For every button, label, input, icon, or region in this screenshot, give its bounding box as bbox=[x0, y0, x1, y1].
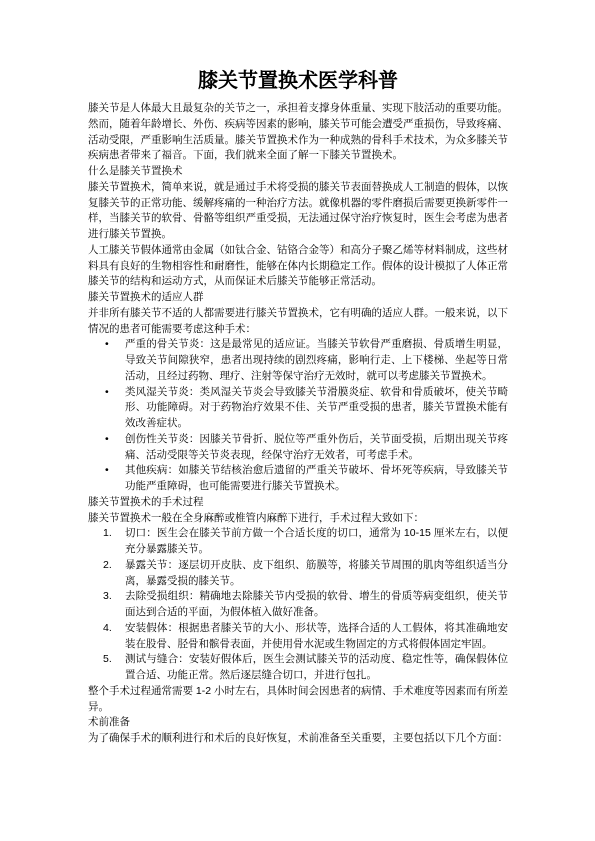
step-item-remove-tissue: 去除受损组织：精确地去除膝关节内受损的软骨、增生的骨质等病变组织，使关节面达到合… bbox=[88, 589, 508, 621]
paragraph: 膝关节置换术一般在全身麻醉或椎管内麻醉下进行，手术过程大致如下： bbox=[88, 511, 508, 527]
document-title: 膝关节置换术医学科普 bbox=[88, 68, 508, 94]
bullet-item-osteoarthritis: 严重的骨关节炎：这是最常见的适应证。当膝关节软骨严重磨损、骨质增生明显，导致关节… bbox=[88, 337, 508, 384]
section-heading-indications: 膝关节置换术的适应人群 bbox=[88, 290, 508, 306]
paragraph: 为了确保手术的顺利进行和术后的良好恢复，术前准备至关重要，主要包括以下几个方面： bbox=[88, 731, 508, 747]
paragraph: 并非所有膝关节不适的人都需要进行膝关节置换术，它有明确的适应人群。一般来说，以下… bbox=[88, 306, 508, 338]
paragraph: 人工膝关节假体通常由金属（如钛合金、钴铬合金等）和高分子聚乙烯等材料制成，这些材… bbox=[88, 243, 508, 290]
indication-list: 严重的骨关节炎：这是最常见的适应证。当膝关节软骨严重磨损、骨质增生明显，导致关节… bbox=[88, 337, 508, 495]
document-page: 膝关节置换术医学科普 膝关节是人体最大且最复杂的关节之一，承担着支撑身体重量、实… bbox=[0, 0, 595, 841]
section-heading-what-is: 什么是膝关节置换术 bbox=[88, 164, 508, 180]
step-item-test-suture: 测试与缝合：安装好假体后，医生会测试膝关节的活动度、稳定性等，确保假体位置合适、… bbox=[88, 652, 508, 684]
bullet-item-rheumatoid: 类风湿关节炎：类风湿关节炎会导致膝关节滑膜炎症、软骨和骨质破坏，使关节畸形、功能… bbox=[88, 385, 508, 432]
bullet-item-other-diseases: 其他疾病：如膝关节结核治愈后遗留的严重关节破坏、骨坏死等疾病，导致膝关节功能严重… bbox=[88, 463, 508, 495]
step-item-expose-joint: 暴露关节：逐层切开皮肤、皮下组织、筋膜等，将膝关节周围的肌肉等组织适当分离，暴露… bbox=[88, 558, 508, 590]
section-heading-procedure: 膝关节置换术的手术过程 bbox=[88, 495, 508, 511]
section-heading-preop: 术前准备 bbox=[88, 715, 508, 731]
paragraph: 膝关节置换术，简单来说，就是通过手术将受损的膝关节表面替换成人工制造的假体，以恢… bbox=[88, 180, 508, 243]
intro-paragraph: 膝关节是人体最大且最复杂的关节之一，承担着支撑身体重量、实现下肢活动的重要功能。… bbox=[88, 101, 508, 164]
step-item-incision: 切口：医生会在膝关节前方做一个合适长度的切口，通常为 10-15 厘米左右，以便… bbox=[88, 526, 508, 558]
bullet-item-traumatic: 创伤性关节炎：因膝关节骨折、脱位等严重外伤后，关节面受损，后期出现关节疼痛、活动… bbox=[88, 432, 508, 464]
procedure-step-list: 切口：医生会在膝关节前方做一个合适长度的切口，通常为 10-15 厘米左右，以便… bbox=[88, 526, 508, 684]
procedure-closing-paragraph: 整个手术过程通常需要 1-2 小时左右，具体时间会因患者的病情、手术难度等因素而… bbox=[88, 684, 508, 716]
step-item-install-prosthesis: 安装假体：根据患者膝关节的大小、形状等，选择合适的人工假体，将其准确地安装在股骨… bbox=[88, 621, 508, 653]
